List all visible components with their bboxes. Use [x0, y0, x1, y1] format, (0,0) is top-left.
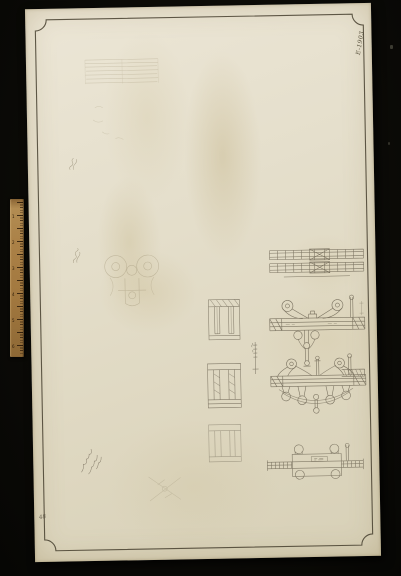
ruler-number: 3 [12, 267, 15, 271]
drawing-sheet: E-1903 48 [25, 3, 381, 562]
section-view-2 [207, 363, 241, 408]
background-speck [390, 45, 393, 49]
ruler-number: 1 [12, 215, 15, 219]
background-speck [388, 142, 390, 145]
margin-scribble [69, 158, 81, 264]
section-view-3 [209, 424, 242, 462]
handwritten-note [81, 449, 101, 474]
ruler-major-ticks [17, 202, 23, 354]
photo-of-drawing-sheet: 1 2 3 4 5 6 [0, 0, 401, 576]
ruler-number: 6 [12, 345, 15, 349]
sheet-number: 48 [38, 514, 47, 521]
scale-annotation [251, 342, 258, 374]
axle-plan-views [269, 248, 363, 277]
ruler-number: 5 [12, 319, 15, 323]
spring-gear-elevation-2 [270, 354, 366, 415]
border-frame [35, 14, 373, 551]
faint-grid-sketch [85, 59, 159, 140]
pencil-wheel-sketch [104, 255, 159, 306]
ruler-number: 4 [12, 293, 15, 297]
pencil-cross-sketch [149, 476, 181, 501]
axle-elevation [267, 443, 364, 480]
ruler-number: 2 [12, 241, 15, 245]
wooden-ruler: 1 2 3 4 5 6 [10, 199, 24, 357]
section-view-1 [208, 299, 240, 340]
